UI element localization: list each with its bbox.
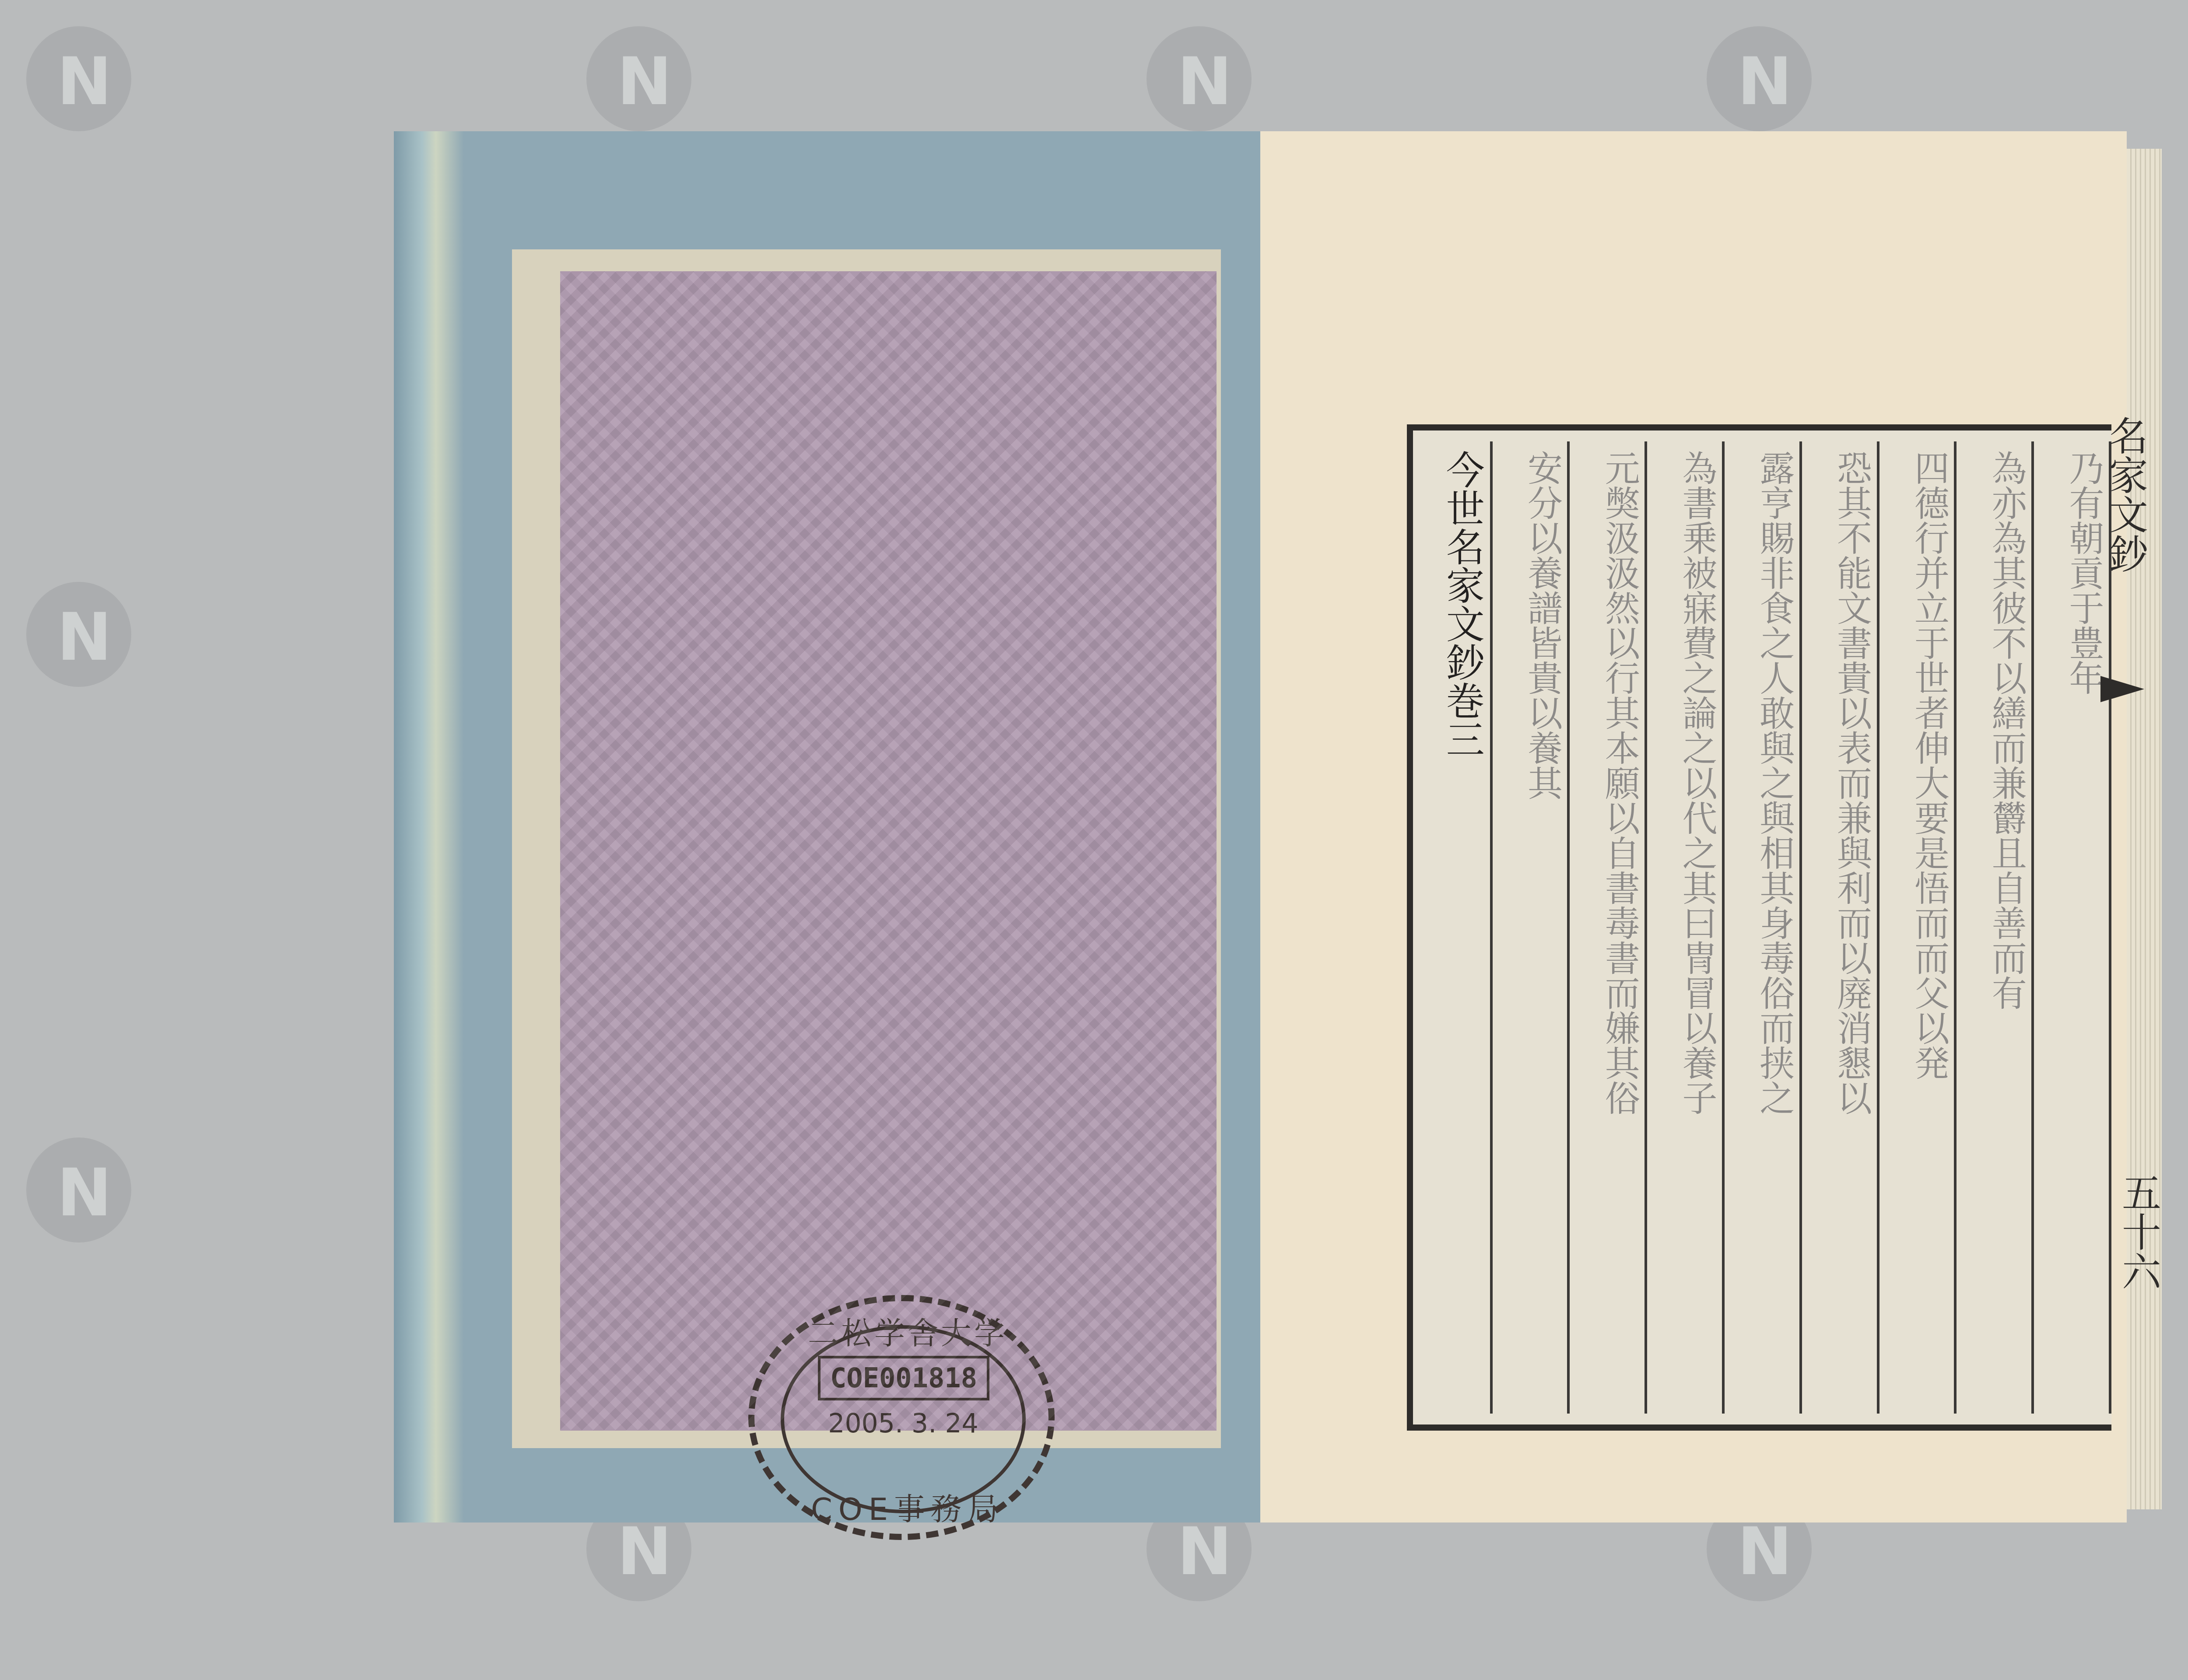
text-column: 元獘汲汲然以行其本願以自書毒書而嫌其俗 [1570,441,1647,1414]
text-column: 恐其不能文書貴以表而兼與利而以廃消懇以 [1802,441,1879,1414]
folio-number: 五十六 [2109,1172,2166,1291]
stamp-bottom-text: COE事務局 [794,1485,1021,1529]
watermark-logo-icon: N [1147,26,1252,131]
text-column: 安分以養譜皆貴以養其 [1493,441,1570,1414]
stamp-date: 2005. 3. 24 [820,1408,986,1439]
cover-fold [394,131,464,1522]
stamp-top-text: 二松学舎大学 [794,1309,1021,1353]
watermark-logo-icon: N [26,1137,131,1242]
watermark-logo-icon: N [586,26,691,131]
library-stamp: 二松学舎大学 COE001818 2005. 3. 24 COE事務局 [748,1295,1055,1540]
watermark-logo-icon: N [1707,26,1812,131]
endpaper: 二松学舎大学 COE001818 2005. 3. 24 COE事務局 [560,271,1217,1431]
gyobi-fish-tail-icon [2100,676,2144,702]
book-photo: N N N N N N N N N N N N 二松学舎大学 COE001818… [0,0,2188,1680]
printed-frame: 今世名家文鈔巻三 安分以養譜皆貴以養其 元獘汲汲然以行其本願以自書毒書而嫌其俗 … [1407,424,2111,1431]
stamp-id: COE001818 [818,1356,989,1400]
text-column: 為亦為其彼不以繕而兼欝且自善而有 [1957,441,2034,1414]
title-column: 今世名家文鈔巻三 [1422,441,1493,1414]
text-column: 乃有朝貢于豊年 [2034,441,2111,1414]
text-columns: 今世名家文鈔巻三 安分以養譜皆貴以養其 元獘汲汲然以行其本願以自書毒書而嫌其俗 … [1422,441,2111,1414]
text-column: 為書乗被寐費之論之以代之其曰冑冒以養子 [1647,441,1725,1414]
text-column: 四德行并立于世者伸大要是悟而而父以発 [1879,441,1957,1414]
inside-front-cover: 二松学舎大学 COE001818 2005. 3. 24 COE事務局 [394,131,1269,1522]
watermark-logo-icon: N [26,582,131,687]
text-column: 露亨賜非食之人敢與之與相其身毒俗而挟之 [1725,441,1802,1414]
watermark-logo-icon: N [26,26,131,131]
